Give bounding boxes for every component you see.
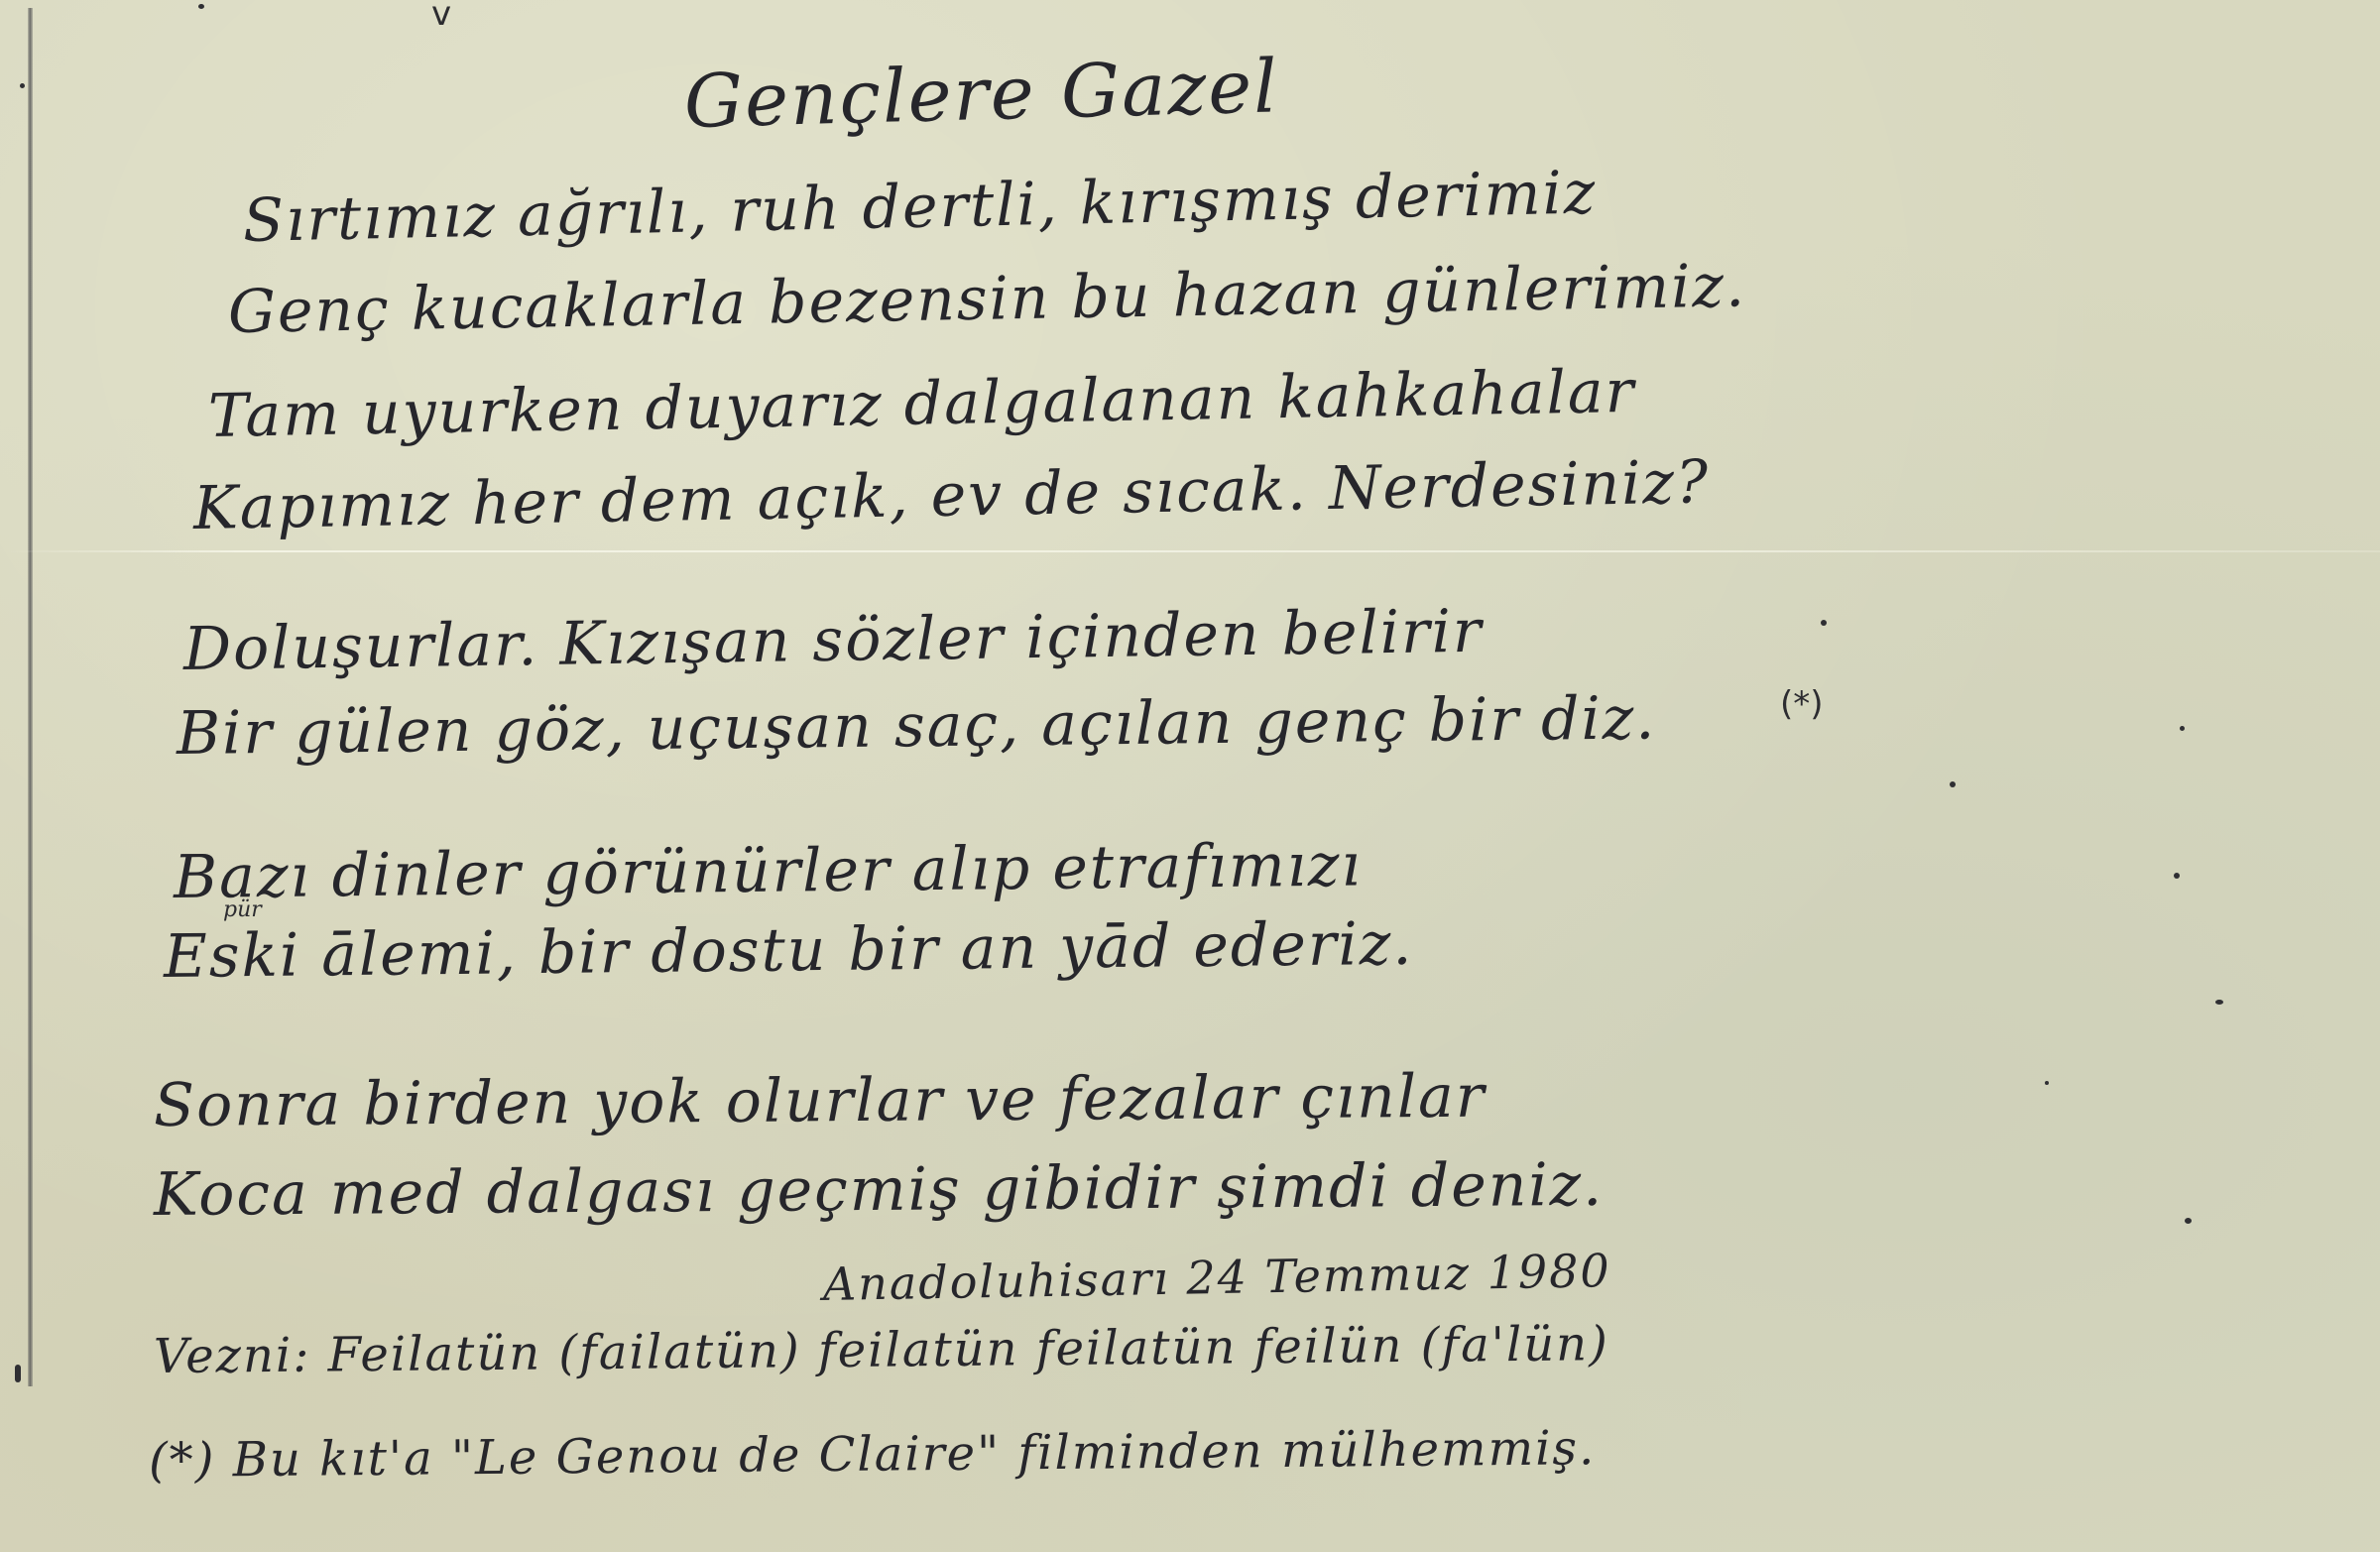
poem-line: Sonra birden yok olurlar ve fezalar çınl… [154, 1062, 1487, 1140]
poem-line: Genç kucaklarla bezensin bu hazan günler… [227, 251, 1746, 347]
footnote: (*) Bu kıt'a "Le Genou de Claire" filmin… [149, 1420, 1597, 1489]
poem-line: Doluşurlar. Kızışan sözler içinden belir… [183, 597, 1484, 684]
paper-speck [20, 83, 25, 88]
paper-speck [198, 4, 204, 9]
poem-line: Kapımız her dem açık, ev de sıcak. Nerde… [192, 447, 1710, 543]
paper-speck [1821, 620, 1827, 626]
poem-line: Eski ālemi, bir dostu bir an yād ederiz. [164, 909, 1414, 992]
check-mark: v [431, 0, 451, 34]
poem-line: Bir gülen göz, uçuşan saç, açılan genç b… [177, 683, 1657, 769]
poem-line: Bazı dinler görünürler alıp etrafımızı [174, 830, 1363, 912]
manuscript-page: v Gençlere Gazel Sırtımız ağrılı, ruh de… [0, 0, 2380, 1552]
footnote-marker: (*) [1780, 684, 1824, 724]
paper-speck [2174, 873, 2180, 879]
meter-note: Vezni: Feilatün (failatün) feilatün feil… [154, 1316, 1609, 1384]
paper-speck [1950, 781, 1956, 787]
paper-speck [2185, 1218, 2192, 1224]
paper-speck [15, 1365, 21, 1382]
poem-title: Gençlere Gazel [683, 44, 1280, 145]
place-date-signature: Anadoluhisarı 24 Temmuz 1980 [823, 1244, 1612, 1311]
paper-speck [2180, 726, 2185, 731]
fold-crease [0, 550, 2380, 552]
poem-line: Koca med dalgası geçmiş gibidir şimdi de… [154, 1150, 1605, 1230]
poem-line: Tam uyurken duyarız dalgalanan kahkahala… [207, 357, 1635, 451]
paper-speck [2215, 1000, 2223, 1005]
paper-speck [2045, 1081, 2049, 1085]
poem-line: Sırtımız ağrılı, ruh dertli, kırışmış de… [242, 158, 1598, 256]
margin-line [28, 8, 33, 1386]
